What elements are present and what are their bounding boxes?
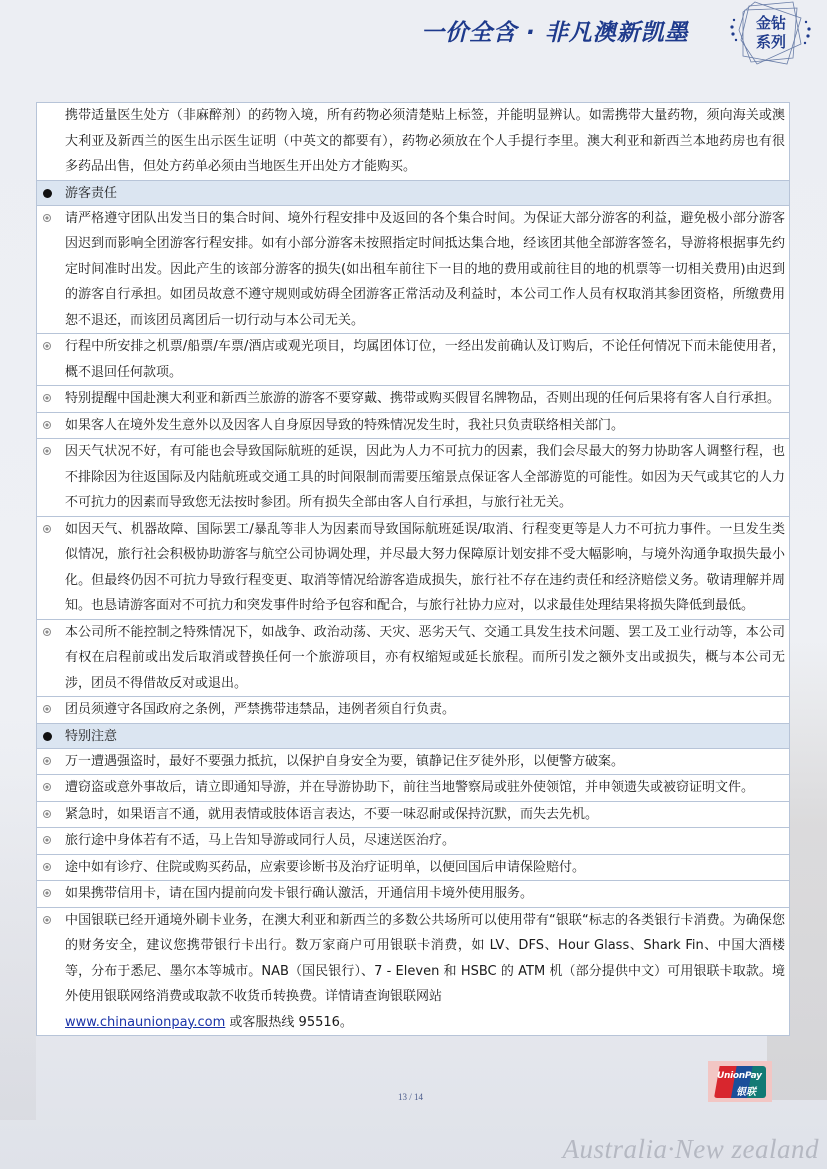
row-text: 紧急时，如果语言不通，就用表情或肢体语言表达，不要一味忍耐或保持沉默，而失去先机… <box>65 802 785 828</box>
row-text: 携带适量医生处方（非麻醉剂）的药物入境，所有药物必须清楚贴上标签，并能明显辨认。… <box>65 103 785 180</box>
page-number: 13 / 14 <box>398 1092 423 1102</box>
circle-bullet-icon <box>43 889 51 897</box>
circle-bullet-icon <box>43 836 51 844</box>
circle-bullet-icon <box>43 810 51 818</box>
row-text: 如因天气、机器故障、国际罢工/暴乱等非人为因素而导致国际航班延误/取消、行程变更… <box>65 517 785 619</box>
unionpay-website-link[interactable]: www.chinaunionpay.com <box>65 1015 225 1030</box>
badge-line-2: 系列 <box>752 33 790 52</box>
table-row: 紧急时，如果语言不通，就用表情或肢体语言表达，不要一味忍耐或保持沉默，而失去先机… <box>37 801 789 828</box>
table-row: 因天气状况不好，有可能也会导致国际航班的延误，因此为人力不可抗力的因素，我们会尽… <box>37 438 789 516</box>
circle-bullet-icon <box>43 214 51 222</box>
circle-bullet-icon <box>43 525 51 533</box>
table-row: 如果客人在境外发生意外以及因客人自身原因导致的特殊情况发生时，我社只负责联络相关… <box>37 412 789 439</box>
circle-bullet-icon <box>43 757 51 765</box>
circle-bullet-icon <box>43 863 51 871</box>
circle-bullet-icon <box>43 394 51 402</box>
circle-bullet-icon <box>43 916 51 924</box>
unionpay-body-text: 中国银联已经开通境外刷卡业务，在澳大利亚和新西兰的多数公共场所可以使用带有“银联… <box>65 913 785 1005</box>
unionpay-logo-text: UnionPay <box>717 1071 762 1081</box>
row-text: 旅行途中身体若有不适，马上告知导游或同行人员，尽速送医治疗。 <box>65 828 785 854</box>
section-header-special-notes: 特别注意 <box>37 723 789 748</box>
circle-bullet-icon <box>43 783 51 791</box>
unionpay-logo: UnionPay 银联 <box>708 1061 772 1102</box>
table-row: 携带适量医生处方（非麻醉剂）的药物入境，所有药物必须清楚贴上标签，并能明显辨认。… <box>37 103 789 180</box>
row-text: 特别提醒中国赴澳大利亚和新西兰旅游的游客不要穿戴、携带或购买假冒名牌物品，否则出… <box>65 386 785 412</box>
background-cityscape-left <box>0 760 36 1120</box>
table-row: 途中如有诊疗、住院或购买药品，应索要诊断书及治疗证明单，以便回国后申请保险赔付。 <box>37 854 789 881</box>
table-row: 本公司所不能控制之特殊情况下，如战争、政治动荡、天灾、恶劣天气、交通工具发生技术… <box>37 619 789 697</box>
filled-bullet-icon <box>43 732 52 741</box>
table-row: 万一遭遇强盗时，最好不要强力抵抗，以保护自身安全为要，镇静记住歹徒外形，以便警方… <box>37 748 789 775</box>
circle-bullet-icon <box>43 628 51 636</box>
circle-bullet-icon <box>43 705 51 713</box>
table-row: 请严格遵守团队出发当日的集合时间、境外行程安排中及返回的各个集合时间。为保证大部… <box>37 205 789 334</box>
unionpay-logo-chinese: 银联 <box>736 1083 756 1098</box>
filled-bullet-icon <box>43 189 52 198</box>
row-text: 万一遭遇强盗时，最好不要强力抵抗，以保护自身安全为要，镇静记住歹徒外形，以便警方… <box>65 749 785 775</box>
row-text: 如果携带信用卡，请在国内提前向发卡银行确认激活，开通信用卡境外使用服务。 <box>65 881 785 907</box>
series-badge: 金钻 系列 <box>727 0 813 68</box>
circle-bullet-icon <box>43 421 51 429</box>
row-text: 如果客人在境外发生意外以及因客人自身原因导致的特殊情况发生时，我社只负责联络相关… <box>65 413 785 439</box>
row-text: 因天气状况不好，有可能也会导致国际航班的延误，因此为人力不可抗力的因素，我们会尽… <box>65 439 785 516</box>
table-row: 团员须遵守各国政府之条例，严禁携带违禁品，违例者须自行负责。 <box>37 696 789 723</box>
table-row: 遭窃盗或意外事故后，请立即通知导游，并在导游协助下，前往当地警察局或驻外使领馆，… <box>37 774 789 801</box>
row-text-unionpay: 中国银联已经开通境外刷卡业务，在澳大利亚和新西兰的多数公共场所可以使用带有“银联… <box>65 908 785 1036</box>
circle-bullet-icon <box>43 342 51 350</box>
notice-table: 携带适量医生处方（非麻醉剂）的药物入境，所有药物必须清楚贴上标签，并能明显辨认。… <box>36 102 790 1036</box>
footer-tagline: Australia·New zealand <box>562 1134 819 1165</box>
table-row-unionpay: 中国银联已经开通境外刷卡业务，在澳大利亚和新西兰的多数公共场所可以使用带有“银联… <box>37 907 789 1036</box>
table-row: 如因天气、机器故障、国际罢工/暴乱等非人为因素而导致国际航班延误/取消、行程变更… <box>37 516 789 619</box>
badge-line-1: 金钻 <box>752 14 790 33</box>
hotline-text: 或客服热线 95516。 <box>225 1015 353 1030</box>
table-row: 旅行途中身体若有不适，马上告知导游或同行人员，尽速送医治疗。 <box>37 827 789 854</box>
section-header-tourist-responsibility: 游客责任 <box>37 180 789 205</box>
row-text: 途中如有诊疗、住院或购买药品，应索要诊断书及治疗证明单，以便回国后申请保险赔付。 <box>65 855 785 881</box>
header-title: 一价全含 · 非凡澳新凯墨 <box>421 14 689 47</box>
row-text: 请严格遵守团队出发当日的集合时间、境外行程安排中及返回的各个集合时间。为保证大部… <box>65 206 785 334</box>
table-row: 特别提醒中国赴澳大利亚和新西兰旅游的游客不要穿戴、携带或购买假冒名牌物品，否则出… <box>37 385 789 412</box>
table-row: 如果携带信用卡，请在国内提前向发卡银行确认激活，开通信用卡境外使用服务。 <box>37 880 789 907</box>
circle-bullet-icon <box>43 447 51 455</box>
page-header: 一价全含 · 非凡澳新凯墨 金钻 系列 <box>407 0 827 70</box>
row-text: 本公司所不能控制之特殊情况下，如战争、政治动荡、天灾、恶劣天气、交通工具发生技术… <box>65 620 785 697</box>
row-text: 遭窃盗或意外事故后，请立即通知导游，并在导游协助下，前往当地警察局或驻外使领馆，… <box>65 775 785 801</box>
unionpay-card-icon: UnionPay 银联 <box>714 1066 766 1098</box>
row-text: 行程中所安排之机票/船票/车票/酒店或观光项目，均属团体订位，一经出发前确认及订… <box>65 334 785 385</box>
row-text: 团员须遵守各国政府之条例，严禁携带违禁品，违例者须自行负责。 <box>65 697 785 723</box>
section-title: 游客责任 <box>65 181 785 207</box>
section-title: 特别注意 <box>65 724 785 750</box>
table-row: 行程中所安排之机票/船票/车票/酒店或观光项目，均属团体订位，一经出发前确认及订… <box>37 333 789 385</box>
